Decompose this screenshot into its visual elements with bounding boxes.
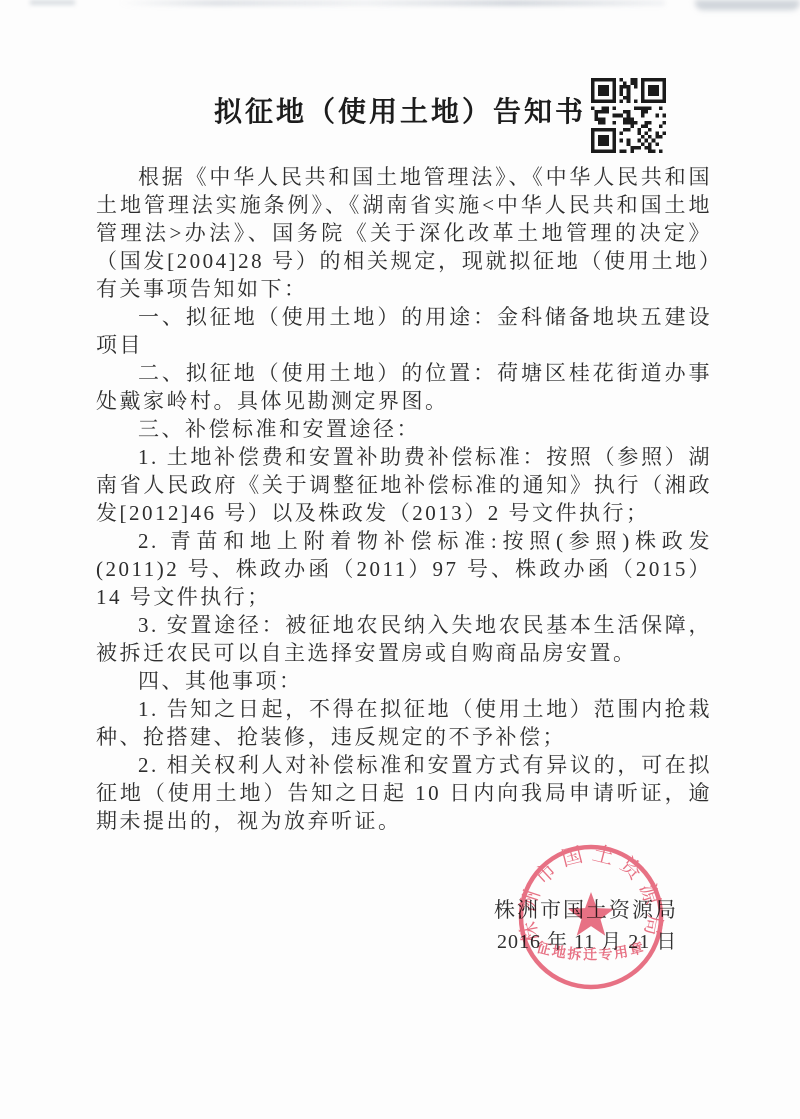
paragraph-compensation-heading: 三、补偿标准和安置途径： (96, 415, 712, 443)
document-title: 拟征地（使用土地）告知书 (0, 90, 800, 130)
paragraph-purpose: 一、拟征地（使用土地）的用途：金科储备地块五建设项目 (96, 303, 712, 359)
seal-banner-text: 征地拆迁专用章 (535, 939, 647, 963)
paragraph-compensation-2: 2. 青苗和地上附着物补偿标准:按照(参照)株政发(2011)2 号、株政办函（… (96, 527, 712, 611)
paragraph-legal-basis: 根据《中华人民共和国土地管理法》、《中华人民共和国土地管理法实施条例》、《湖南省… (96, 163, 712, 303)
seal-star-icon (568, 892, 614, 936)
paragraph-location: 二、拟征地（使用土地）的位置：荷塘区桂花街道办事处戴家岭村。具体见勘测定界图。 (96, 359, 712, 415)
paragraph-compensation-1: 1. 土地补偿费和安置补助费补偿标准：按照（参照）湖南省人民政府《关于调整征地补… (96, 443, 712, 527)
scan-artifact-top-left (30, 0, 75, 5)
document-body: 根据《中华人民共和国土地管理法》、《中华人民共和国土地管理法实施条例》、《湖南省… (96, 163, 712, 835)
scan-artifact-top-right (695, 0, 800, 10)
paragraph-other-1: 1. 告知之日起，不得在拟征地（使用土地）范围内抢栽种、抢搭建、抢装修，违反规定… (96, 695, 712, 751)
official-seal: 株洲市国土资源局 征地拆迁专用章 (516, 842, 666, 992)
qr-code-icon (591, 78, 666, 153)
paragraph-other-2: 2. 相关权利人对补偿标准和安置方式有异议的，可在拟征地（使用土地）告知之日起 … (96, 751, 712, 835)
document-page: 拟征地（使用土地）告知书 根据《中华人民共和国土地管理法》、《中华人民共和国土地… (0, 0, 800, 1119)
scan-artifact-top (120, 0, 665, 6)
paragraph-other-heading: 四、其他事项： (96, 667, 712, 695)
paragraph-compensation-3: 3. 安置途径：被征地农民纳入失地农民基本生活保障，被拆迁农民可以自主选择安置房… (96, 611, 712, 667)
